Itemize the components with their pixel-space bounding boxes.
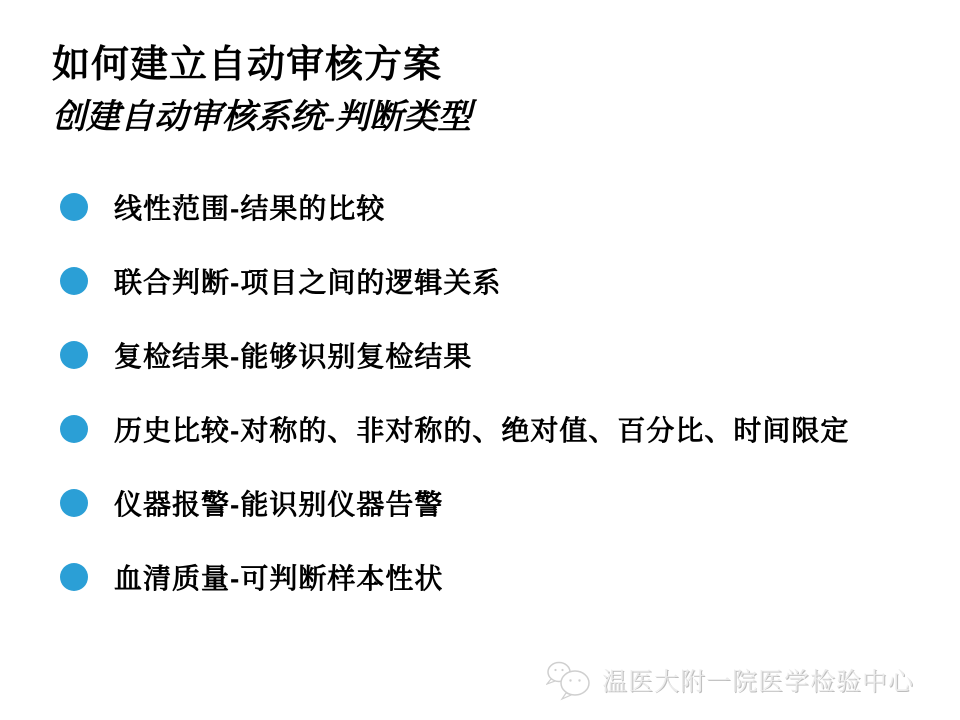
bullet-dot-icon [60, 415, 88, 443]
bullet-item-label: 复检结果-能够识别复检结果 [114, 335, 472, 375]
wechat-chat-bubbles-icon [546, 658, 594, 702]
bullet-item: 复检结果-能够识别复检结果 [60, 338, 940, 372]
footer-watermark: 温医大附一院医学检验中心 [546, 658, 914, 702]
bullet-item: 线性范围-结果的比较 [60, 190, 940, 224]
bullet-dot-icon [60, 267, 88, 295]
bullet-item: 仪器报警-能识别仪器告警 [60, 486, 940, 520]
slide-subtitle: 创建自动审核系统-判断类型 [52, 98, 471, 137]
bullet-item: 联合判断-项目之间的逻辑关系 [60, 264, 940, 298]
bullet-item: 血清质量-可判断样本性状 [60, 560, 940, 594]
bullet-item-label: 历史比较-对称的、非对称的、绝对值、百分比、时间限定 [114, 409, 849, 449]
bullet-item-label: 仪器报警-能识别仪器告警 [114, 483, 443, 523]
bullet-dot-icon [60, 341, 88, 369]
bullet-list: 线性范围-结果的比较 联合判断-项目之间的逻辑关系 复检结果-能够识别复检结果 … [60, 190, 940, 634]
bullet-item-label: 线性范围-结果的比较 [114, 187, 385, 227]
bullet-dot-icon [60, 563, 88, 591]
bullet-item-label: 联合判断-项目之间的逻辑关系 [114, 261, 501, 301]
slide-title: 如何建立自动审核方案 [52, 44, 442, 88]
bullet-item-label: 血清质量-可判断样本性状 [114, 557, 443, 597]
bullet-dot-icon [60, 193, 88, 221]
bullet-item: 历史比较-对称的、非对称的、绝对值、百分比、时间限定 [60, 412, 940, 446]
slide: 如何建立自动审核方案 创建自动审核系统-判断类型 线性范围-结果的比较 联合判断… [0, 0, 960, 720]
bullet-dot-icon [60, 489, 88, 517]
watermark-text: 温医大附一院医学检验中心 [602, 662, 914, 698]
